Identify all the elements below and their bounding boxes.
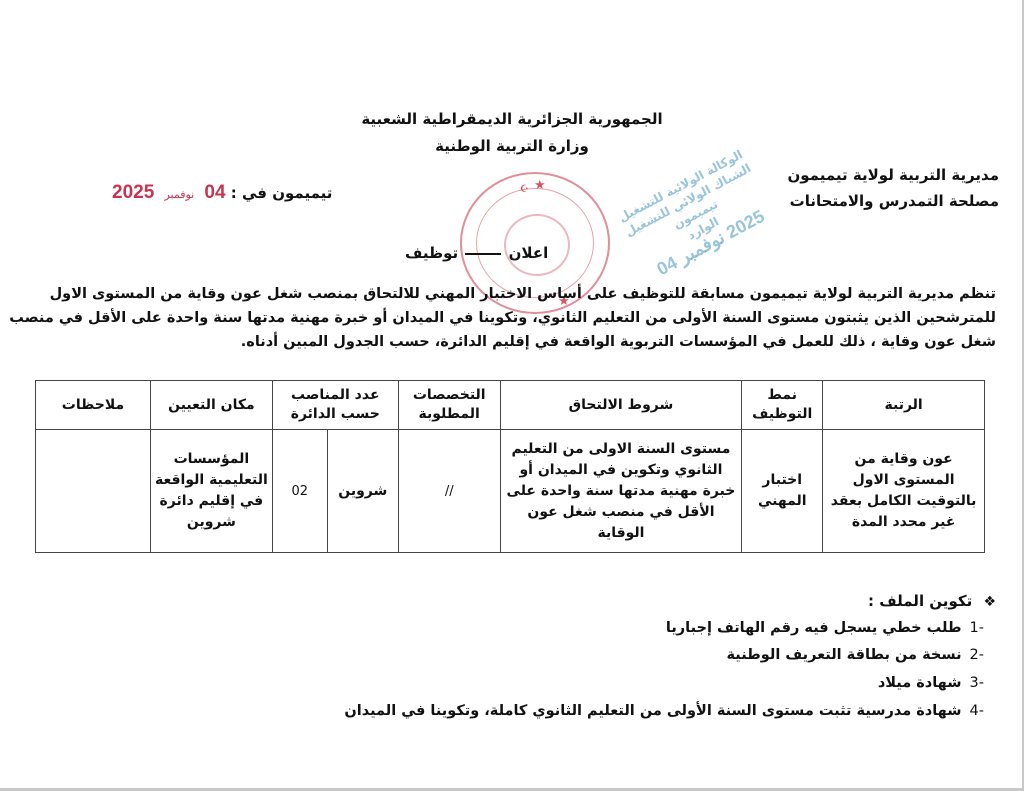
list-item-number: -4 xyxy=(970,703,984,719)
date-stamp: 04 نوفمبر 2025 xyxy=(112,185,226,202)
ministry-title: وزارة التربية الوطنية xyxy=(0,137,1024,155)
list-item: -3شهادة ميلاد xyxy=(878,675,984,691)
table-header-row: الرتبة نمط التوظيف شروط الالتحاق التخصصا… xyxy=(36,381,985,430)
cell-assignment-place: المؤسسات التعليمية الواقعة في إقليم دائر… xyxy=(150,430,272,553)
list-item: -4شهادة مدرسية تثبت مستوى السنة الأولى م… xyxy=(344,703,984,719)
list-item-number: -1 xyxy=(970,620,984,636)
intro-position-highlight: عون وقاية من المستوى الاول xyxy=(50,286,262,302)
header-rank: الرتبة xyxy=(823,381,985,430)
header-assignment-place: مكان التعيين xyxy=(150,381,272,430)
list-item-text: نسخة من بطاقة التعريف الوطنية xyxy=(727,647,962,663)
cell-notes xyxy=(36,430,151,553)
cell-conditions: مستوى السنة الاولى من التعليم الثانوي وت… xyxy=(500,430,742,553)
cell-daira: شروين xyxy=(327,430,398,553)
intro-paragraph: تنظم مديرية التربية لولاية تيميمون مسابق… xyxy=(26,282,996,354)
header-specialties: التخصصات المطلوبة xyxy=(398,381,500,430)
title-kashida xyxy=(465,253,501,255)
intro-line-3: شغل عون وقاية ، ذلك للعمل في المؤسسات ال… xyxy=(26,330,996,354)
file-title-text: تكوين الملف : xyxy=(868,592,972,610)
date-year: 2025 xyxy=(112,182,154,203)
header-recruitment-mode: نمط التوظيف xyxy=(742,381,823,430)
intro-line-2: للمترشحين الذين يثبتون مستوى السنة الأول… xyxy=(26,306,996,330)
cell-specialties: // xyxy=(398,430,500,553)
directorate-name: مديرية التربية لولاية تيميمون xyxy=(787,166,999,184)
announcement-title-word1: اعلان xyxy=(509,244,549,262)
intro-line-1-text: تنظم مديرية التربية لولاية تيميمون مسابق… xyxy=(267,286,996,302)
date-month: نوفمبر xyxy=(164,189,194,201)
star-icon: ★ xyxy=(534,178,546,193)
crescent-icon: ☪ xyxy=(520,184,529,195)
header-conditions: شروط الالتحاق xyxy=(500,381,742,430)
service-name: مصلحة التمدرس والامتحانات xyxy=(790,192,999,210)
list-item-text: شهادة ميلاد xyxy=(878,675,962,691)
list-item-number: -2 xyxy=(970,647,984,663)
list-item: -2نسخة من بطاقة التعريف الوطنية xyxy=(727,647,984,663)
cell-positions-count: 02 xyxy=(272,430,327,553)
cell-rank: عون وقاية من المستوى الاول بالتوقيت الكا… xyxy=(823,430,985,553)
table-row: عون وقاية من المستوى الاول بالتوقيت الكا… xyxy=(36,430,985,553)
announcement-title: اعلان توظيف xyxy=(405,244,548,262)
diamond-bullet-icon: ❖ xyxy=(983,594,996,610)
list-item-text: طلب خطي يسجل فيه رقم الهاتف إجباريا xyxy=(666,620,962,636)
date-line: تيميمون في : 04 نوفمبر 2025 xyxy=(112,182,332,204)
cell-recruitment-mode: اختبار المهني xyxy=(742,430,823,553)
date-day: 04 xyxy=(204,182,225,203)
date-place-label: تيميمون في : xyxy=(231,184,333,202)
announcement-title-word2: توظيف xyxy=(405,244,458,262)
positions-table: الرتبة نمط التوظيف شروط الالتحاق التخصصا… xyxy=(35,380,985,553)
file-composition-title: ❖ تكوين الملف : xyxy=(868,592,996,610)
list-item-text: شهادة مدرسية تثبت مستوى السنة الأولى من … xyxy=(344,703,961,719)
republic-title: الجمهورية الجزائرية الديمقراطية الشعبية xyxy=(0,110,1024,128)
list-item-number: -3 xyxy=(970,675,984,691)
header-positions: عدد المناصب حسب الدائرة xyxy=(272,381,398,430)
list-item: -1طلب خطي يسجل فيه رقم الهاتف إجباريا xyxy=(666,620,984,636)
header-notes: ملاحظات xyxy=(36,381,151,430)
intro-line-1: تنظم مديرية التربية لولاية تيميمون مسابق… xyxy=(26,282,996,306)
